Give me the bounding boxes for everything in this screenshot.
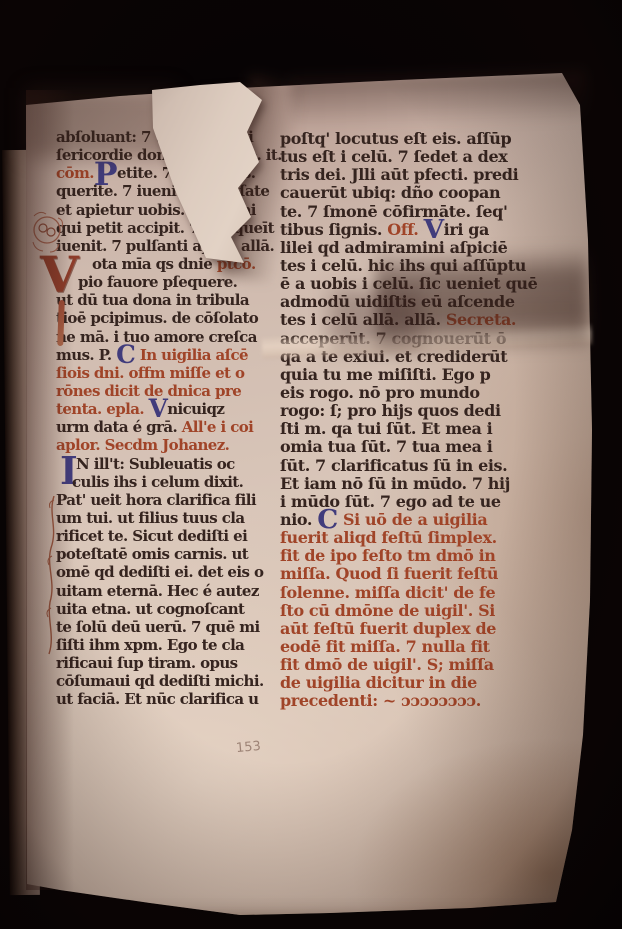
text-segment: pio fauore pſequere. [78,273,237,291]
text-line: eis rogo. nō pro mundo [280,384,562,402]
text-column-right: poſtq' locutus eſt eis. aſſūptus eſt i c… [280,130,562,711]
text-segment: nicuiqz [167,400,224,418]
text-line: ſiois dni. offm miſſe et o [56,364,272,382]
rubric-segment: eodē fit miſſa. 7 nulla fit [280,637,490,656]
text-segment: Pat' ueit hora clarifica fili [56,491,256,509]
text-line: um tui. ut filius tuus cla [56,509,272,527]
text-segment: tris dei. Jlli aūt pfecti. predi [280,165,518,184]
text-segment: poteſtatē omis carnis. ut [56,545,248,563]
text-line: poſtq' locutus eſt eis. aſſūp [280,130,562,148]
text-segment: i mūdo ſūt. 7 ego ad te ue [280,492,501,511]
rubric-segment: All'e i coi [182,418,254,436]
text-line: rificet te. Sicut dediſti ei [56,527,272,545]
text-segment: omē qd dediſti ei. det eis o [56,563,263,581]
text-line: fuerit aliqd feſtū ſimplex. [280,529,562,547]
text-line: tibus ſignis. Off. Viri ga [280,221,562,239]
text-segment: ſiſti ihm xpm. Ego te cla [56,636,244,654]
text-segment: ſūt. 7 clarificatus ſū in eis. [280,456,507,475]
text-line: urm data é grā. All'e i coi [56,418,272,436]
text-line: tes i celū. hic ihs qui aſſūptu [280,257,562,275]
text-segment: Et iam nō ſū in mūdo. 7 hij [280,474,510,493]
rubric-segment: cōm. [56,164,94,182]
text-line: fit dmō de uigil'. S; miſſa [280,656,562,674]
text-line: lilei qd admiramini aſpiciē [280,239,562,257]
text-line: ē a uobis i celū. ſic ueniet quē [280,275,562,293]
folio-number: 153 [235,739,261,756]
text-line: ſiſti ihm xpm. Ego te cla [56,636,272,654]
text-line: precedenti: ~ ɔɔɔɔɔɔɔɔ. [280,692,562,710]
rubric-segment: precedenti: ~ ɔɔɔɔɔɔɔɔ. [280,691,481,710]
text-line: te. 7 ſmonē cōfirmāte. ſeq' [280,203,562,221]
text-line: cōſumaui qd dediſti michi. [56,672,272,690]
text-segment: iri ga [444,220,489,239]
text-segment: cōſumaui qd dediſti michi. [56,672,264,690]
text-segment: tus eſt i celū. 7 ſedet a dex [280,147,507,166]
text-line: omē qd dediſti ei. det eis o [56,563,272,581]
text-line: admodū uidiſtis eū aſcende [280,293,562,311]
text-segment: ē a uobis i celū. ſic ueniet quē [280,274,537,293]
rubric-segment: de uigilia dicitur in die [280,673,477,692]
text-line: ut faciā. Et nūc clarifica u [56,690,272,708]
rubric-segment: ſto cū dmōne de uigil'. Si [280,601,495,620]
text-segment: tibus ſignis. [280,220,387,239]
text-line: quia tu me miſiſti. Ego p [280,366,562,384]
text-segment: lilei qd admiramini aſpiciē [280,238,507,257]
text-line: te ſolū deū uerū. 7 quē mi [56,618,272,636]
penwork-roundel-icon [28,208,68,256]
text-line: rogo: ſ; pro hijs quos dedi [280,402,562,420]
text-segment: eis rogo. nō pro mundo [280,383,480,402]
photo-of-manuscript: { "document_type": "medieval manuscript … [0,0,622,929]
text-line: pio fauore pſequere. [56,273,272,291]
text-segment: urm data é grā. [56,418,182,436]
rubric-segment: aplor. Secdm Johanez. [56,436,229,454]
text-line: uita etna. ut cognoſcant [56,600,272,618]
rubric-segment: fit de ipo feſto tm dmō in [280,546,496,565]
text-line: eodē fit miſſa. 7 nulla fit [280,638,562,656]
text-line: aūt feſtū fuerit duplex de [280,620,562,638]
text-segment: N ill't: Subleuatis oc [76,455,235,473]
text-segment: rificet te. Sicut dediſti ei [56,527,247,545]
text-line: omia tua ſūt. 7 tua mea i [280,438,562,456]
text-line: tris dei. Jlli aūt pfecti. predi [280,166,562,184]
text-segment: tes i celū. hic ihs qui aſſūptu [280,256,526,275]
text-line: ne mā. i tuo amore creſca [56,328,272,346]
text-line: fit de ipo feſto tm dmō in [280,547,562,565]
text-segment: tioē pcipimus. de cōſolato [56,309,258,327]
text-line: Et iam nō ſū in mūdo. 7 hij [280,475,562,493]
rubric-segment: fuerit aliqd feſtū ſimplex. [280,528,497,547]
rubric-segment: aūt feſtū fuerit duplex de [280,619,496,638]
text-segment: omia tua ſūt. 7 tua mea i [280,437,492,456]
text-line: mus. P. C In uigilia aſcē [56,346,272,364]
rubric-segment: Off. [387,220,423,239]
text-segment: ſti m. qa tui ſūt. Et mea i [280,419,492,438]
text-line: aplor. Secdm Johanez. [56,436,272,454]
text-line: poteſtatē omis carnis. ut [56,545,272,563]
torn-page-flap-shape [150,76,270,270]
text-segment: ut faciā. Et nūc clarifica u [56,690,258,708]
filigree-icon [44,496,62,656]
text-segment: quia tu me miſiſti. Ego p [280,365,490,384]
text-line: de uigilia dicitur in die [280,674,562,692]
text-line: ſto cū dmōne de uigil'. Si [280,602,562,620]
text-line: culis ihs i celum dixit. [56,473,272,491]
photo-frame: abſoluant: 7 tue nobis miſericordie dona… [0,0,622,929]
text-segment: rogo: ſ; pro hijs quos dedi [280,401,501,420]
text-segment: ne mā. i tuo amore creſca [56,328,257,346]
text-line: tus eſt i celū. 7 ſedet a dex [280,148,562,166]
rubric-segment: miſſa. Quod ſi fuerit feſtū [280,564,498,583]
text-segment: admodū uidiſtis eū aſcende [280,292,515,311]
text-segment: cauerūt ubiq: dño coopan [280,183,500,202]
text-line: IN ill't: Subleuatis oc [56,455,272,473]
text-segment: ut dū tua dona in tribula [56,291,249,309]
text-segment: um tui. ut filius tuus cla [56,509,245,527]
rubric-segment: In uigilia aſcē [135,346,248,364]
text-segment: uitam eternā. Hec é autez [56,582,259,600]
rubric-segment: ſiois dni. offm miſſe et o [56,364,244,382]
text-line: uitam eternā. Hec é autez [56,582,272,600]
text-segment: mus. P. [56,346,116,364]
text-segment: culis ihs i celum dixit. [72,473,243,491]
text-segment: nio. [280,510,317,529]
text-segment: tes i celū allā. allā. [280,310,446,329]
text-line: cauerūt ubiq: dño coopan [280,184,562,202]
text-line: ſolenne. miſſa dicit' de fe [280,584,562,602]
text-line: miſſa. Quod ſi fuerit feſtū [280,565,562,583]
text-segment: poſtq' locutus eſt eis. aſſūp [280,129,511,148]
text-line: nio. C Si uō de a uigilia [280,511,562,529]
text-line: rificaui ſup tiram. opus [56,654,272,672]
text-segment: uita etna. ut cognoſcant [56,600,244,618]
text-line: ut dū tua dona in tribula [56,291,272,309]
text-segment: te. 7 ſmonē cōfirmāte. ſeq' [280,202,507,221]
text-segment: rificaui ſup tiram. opus [56,654,238,672]
text-line: tioē pcipimus. de cōſolato [56,309,272,327]
rubric-segment: Si uō de a uigilia [338,510,487,529]
rubric-segment: ſolenne. miſſa dicit' de fe [280,583,495,602]
text-line: ſūt. 7 clarificatus ſū in eis. [280,457,562,475]
rubric-segment: fit dmō de uigil'. S; miſſa [280,655,494,674]
torn-page-flap [150,76,270,270]
text-line: tenta. epla. Vnicuiqz [56,400,272,418]
text-segment: te ſolū deū uerū. 7 quē mi [56,618,260,636]
rubric-segment: tenta. epla. [56,400,149,418]
text-line: ſti m. qa tui ſūt. Et mea i [280,420,562,438]
text-line: Pat' ueit hora clarifica fili [56,491,272,509]
